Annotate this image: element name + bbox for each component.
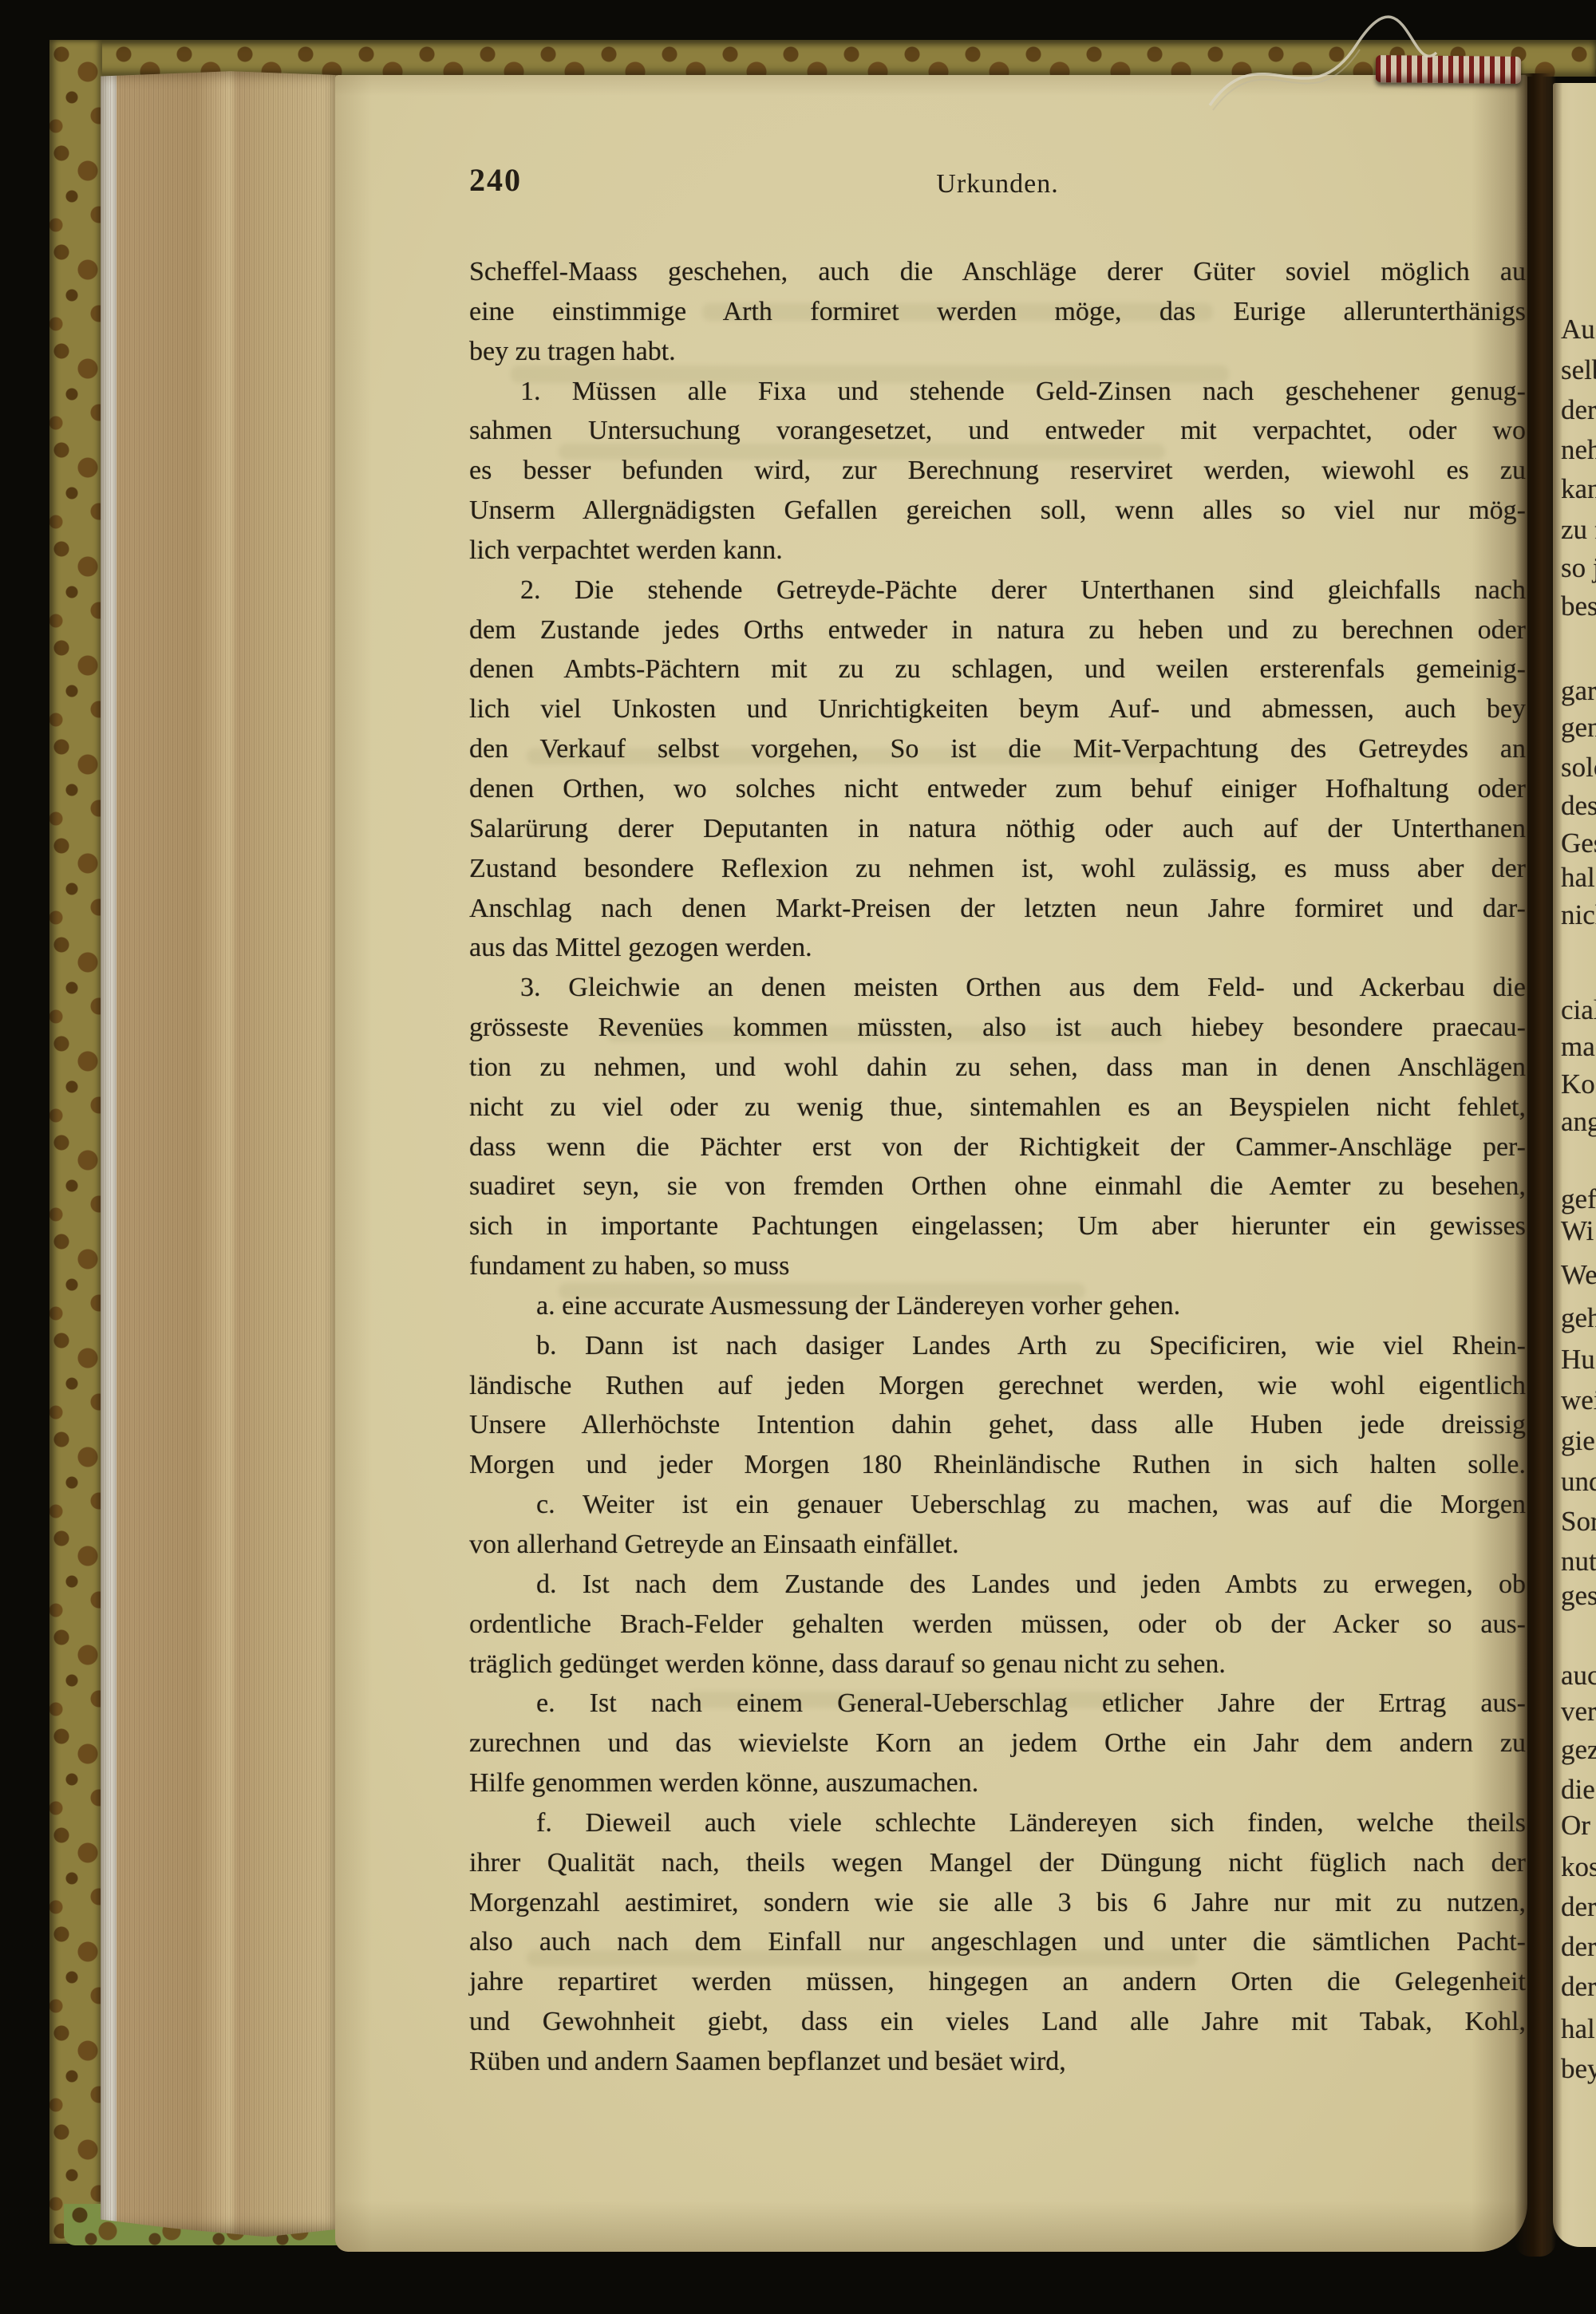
next-page-text-fragment: cial — [1561, 994, 1596, 1026]
text-line: c. Weiter ist ein genauer Ueberschlag zu… — [469, 1485, 1526, 1525]
text-line: bey zu tragen habt. — [469, 332, 1526, 372]
text-line: Morgenzahl aestimiret, sondern wie sie a… — [469, 1883, 1526, 1923]
text-line: denen Ambts-Pächtern mit zu zu schlagen,… — [469, 650, 1526, 689]
next-page-text-fragment: wei — [1561, 1384, 1596, 1416]
next-page-text-fragment: ges — [1561, 1580, 1596, 1612]
text-block: Scheffel-Maass geschehen, auch die Ansch… — [469, 252, 1526, 2082]
text-line: jahre repartiret werden müssen, hingegen… — [469, 1962, 1526, 2002]
text-line: nicht zu viel oder zu wenig thue, sintem… — [469, 1088, 1526, 1127]
text-line: sahmen Untersuchung vorangesetzet, und e… — [469, 411, 1526, 451]
page-main: 240 Urkunden. Scheffel-Maass geschehen, … — [335, 75, 1527, 2252]
text-line: lich viel Unkosten und Unrichtigkeiten b… — [469, 689, 1526, 729]
next-page-text-fragment: Sor — [1561, 1506, 1596, 1538]
text-line: f. Dieweil auch viele schlechte Länderey… — [469, 1803, 1526, 1843]
text-line: ordentliche Brach-Felder gehalten werden… — [469, 1605, 1526, 1645]
text-line: Rüben und andern Saamen bepflanzet und b… — [469, 2042, 1526, 2082]
text-line: grösseste Revenües kommen müssten, also … — [469, 1008, 1526, 1048]
next-page-text-fragment: so j — [1561, 552, 1596, 584]
next-page-text-fragment: Kos — [1561, 1068, 1596, 1100]
text-line: 1. Müssen alle Fixa und stehende Geld-Zi… — [469, 372, 1526, 412]
text-line: Unserm Allergnädigsten Gefallen gereiche… — [469, 491, 1526, 531]
next-page-text-fragment: best — [1561, 590, 1596, 622]
next-page-text-fragment: die — [1561, 1774, 1595, 1806]
next-page-text-fragment: solc — [1561, 752, 1596, 784]
text-line: Hilfe genommen werden könne, auszumachen… — [469, 1763, 1526, 1803]
text-line: dem Zustande jedes Orths entweder in nat… — [469, 610, 1526, 650]
next-page-text-fragment: zu f — [1561, 514, 1596, 546]
text-line: dass wenn die Pächter erst von der Richt… — [469, 1127, 1526, 1167]
text-line: d. Ist nach dem Zustande des Landes und … — [469, 1565, 1526, 1605]
marbled-cover-top-edge — [51, 40, 1596, 77]
text-line: Zustand besondere Reflexion zu nehmen is… — [469, 849, 1526, 889]
next-page-text-fragment: der — [1561, 394, 1596, 426]
next-page-text-fragment: kan — [1561, 473, 1596, 505]
text-line: e. Ist nach einem General-Ueberschlag et… — [469, 1684, 1526, 1724]
text-line: a. eine accurate Ausmessung der Länderey… — [469, 1286, 1526, 1326]
next-page-text-fragment: ang — [1561, 1106, 1596, 1138]
next-page-text-fragment: gez — [1561, 1734, 1596, 1766]
next-page-text-fragment: Or — [1561, 1810, 1590, 1842]
text-line: ländische Ruthen auf jeden Morgen gerech… — [469, 1366, 1526, 1406]
next-page-text-fragment: gar — [1561, 675, 1596, 707]
next-page-text-fragment: der — [1561, 1891, 1596, 1923]
next-page-edge: Ausselbdernehkanzu fso jbestgargensolcde… — [1553, 83, 1596, 2247]
text-line: suadiret seyn, sie von fremden Orthen oh… — [469, 1167, 1526, 1206]
next-page-text-fragment: hal — [1561, 2013, 1595, 2045]
text-line: lich verpachtet werden kann. — [469, 531, 1526, 571]
next-page-text-fragment: ver — [1561, 1696, 1596, 1728]
next-page-text-fragment: nut — [1561, 1546, 1596, 1578]
text-line: Anschlag nach denen Markt-Preisen der le… — [469, 889, 1526, 929]
next-page-text-fragment: und — [1561, 1466, 1596, 1498]
text-line: b. Dann ist nach dasiger Landes Arth zu … — [469, 1326, 1526, 1366]
next-page-text-fragment: bey — [1561, 2053, 1596, 2085]
next-page-text-fragment: des — [1561, 790, 1596, 822]
next-page-text-fragment: gen — [1561, 712, 1596, 744]
marbled-cover-left-edge — [49, 40, 102, 2244]
next-page-text-fragment: selb — [1561, 354, 1596, 386]
text-line: Morgen und jeder Morgen 180 Rheinländisc… — [469, 1445, 1526, 1485]
book-photo: 240 Urkunden. Scheffel-Maass geschehen, … — [0, 0, 1596, 2314]
text-line: 2. Die stehende Getreyde-Pächte derer Un… — [469, 571, 1526, 610]
text-line: tion zu nehmen, und wohl dahin zu sehen,… — [469, 1048, 1526, 1088]
next-page-text-fragment: Aus — [1561, 314, 1596, 346]
text-line: und Gewohnheit giebt, dass ein vieles La… — [469, 2002, 1526, 2042]
text-line: es besser befunden wird, zur Berechnung … — [469, 451, 1526, 491]
next-page-text-fragment: gef — [1561, 1183, 1596, 1215]
next-page-text-fragment: Wi — [1561, 1215, 1594, 1247]
next-page-text-fragment: geh — [1561, 1302, 1596, 1334]
text-line: den Verkauf selbst vorgehen, So ist die … — [469, 729, 1526, 769]
next-page-text-fragment: hal — [1561, 862, 1595, 894]
text-line: Salarürung derer Deputanten in natura nö… — [469, 809, 1526, 849]
text-line: aus das Mittel gezogen werden. — [469, 928, 1526, 968]
text-line: träglich gedünget werden könne, dass dar… — [469, 1645, 1526, 1684]
next-page-text-fragment: der — [1561, 1971, 1596, 2003]
running-header: Urkunden. — [469, 169, 1526, 199]
text-line: Scheffel-Maass geschehen, auch die Ansch… — [469, 252, 1526, 292]
text-line: Unsere Allerhöchste Intention dahin gehe… — [469, 1405, 1526, 1445]
text-line: also auch nach dem Einfall nur angeschla… — [469, 1922, 1526, 1962]
text-line: eine einstimmige Arth formiret werden mö… — [469, 292, 1526, 332]
next-page-text-fragment: nich — [1561, 899, 1596, 931]
endband-icon — [1376, 55, 1521, 84]
text-line: ihrer Qualität nach, theils wegen Mangel… — [469, 1843, 1526, 1883]
text-line: von allerhand Getreyde an Einsaath einfä… — [469, 1525, 1526, 1565]
text-line: zurechnen und das wievielste Korn an jed… — [469, 1724, 1526, 1763]
next-page-text-fragment: Ges — [1561, 827, 1596, 859]
next-page-text-fragment: neh — [1561, 434, 1596, 466]
gutter-shadow — [1515, 73, 1556, 2257]
page-stack-fore-edge — [101, 69, 337, 2239]
next-page-text-fragment: der — [1561, 1931, 1596, 1963]
text-line: sich in importante Pachtungen eingelasse… — [469, 1206, 1526, 1246]
text-line: fundament zu haben, so muss — [469, 1246, 1526, 1286]
next-page-text-fragment: mac — [1561, 1031, 1596, 1063]
next-page-text-fragment: We — [1561, 1259, 1596, 1291]
next-page-text-fragment: auc — [1561, 1660, 1596, 1692]
text-line: denen Orthen, wo solches nicht entweder … — [469, 769, 1526, 809]
next-page-text-fragment: Hu — [1561, 1344, 1595, 1376]
next-page-text-fragment: kos — [1561, 1851, 1596, 1883]
text-line: 3. Gleichwie an denen meisten Orthen aus… — [469, 968, 1526, 1008]
next-page-text-fragment: gie — [1561, 1425, 1595, 1457]
